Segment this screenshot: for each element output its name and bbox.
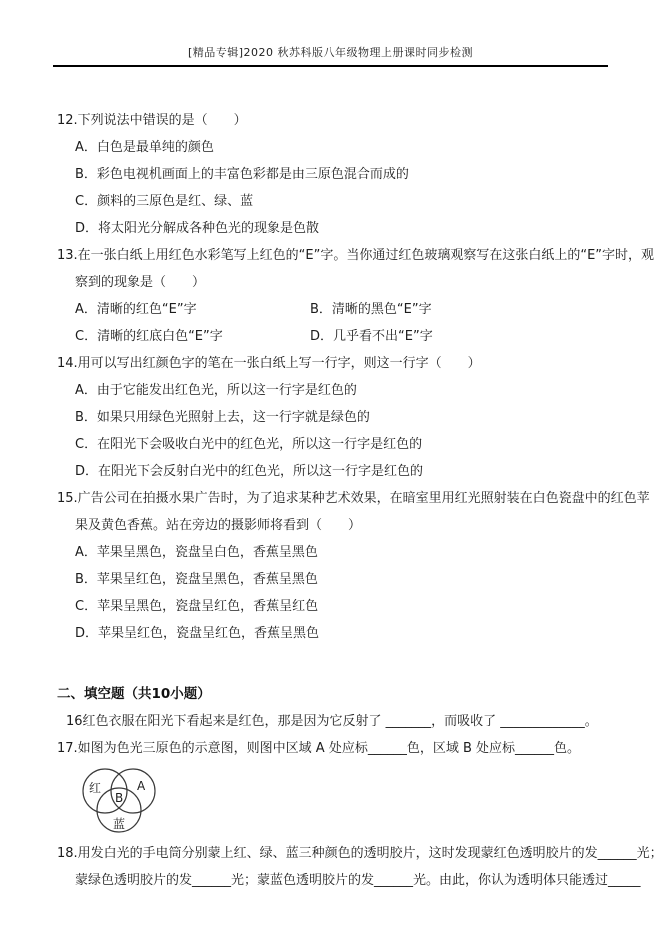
question-17-stem: 17.如图为色光三原色的示意图，则图中区域 A 处应标______色，区域 B … <box>57 735 621 762</box>
question-12-option-a: A．白色是最单纯的颜色 <box>57 134 621 161</box>
question-15-option-a: A．苹果呈黑色，瓷盘呈白色，香蕉呈黑色 <box>57 539 621 566</box>
question-13-option-c: C．清晰的红底白色“E”字 <box>75 323 310 350</box>
question-12-option-b: B．彩色电视机画面上的丰富色彩都是由三原色混合而成的 <box>57 161 621 188</box>
question-13-option-d: D．几乎看不出“E”字 <box>310 323 433 350</box>
question-18: 18.用发白光的手电筒分别蒙上红、绿、蓝三种颜色的透明胶片，这时发现蒙红色透明胶… <box>57 840 621 894</box>
venn-label-a: A <box>137 779 146 793</box>
question-12-option-d: D．将太阳光分解成各种色光的现象是色散 <box>57 215 621 242</box>
question-15-option-d: D．苹果呈红色，瓷盘呈红色，香蕉呈黑色 <box>57 620 621 647</box>
question-15-stem-line1: 15.广告公司在拍摄水果广告时，为了追求某种艺术效果，在暗室里用红光照射装在白色… <box>57 485 621 512</box>
question-13-stem-line1: 13.在一张白纸上用红色水彩笔写上红色的“E”字。当你通过红色玻璃观察写在这张白… <box>57 242 621 269</box>
question-15-stem-line2: 果及黄色香蕉。站在旁边的摄影师将看到（ ） <box>57 512 621 539</box>
venn-label-blue: 蓝 <box>113 816 125 831</box>
header-divider <box>53 65 608 67</box>
question-12-option-c: C．颜料的三原色是红、绿、蓝 <box>57 188 621 215</box>
question-14: 14.用可以写出红颜色字的笔在一张白纸上写一行字，则这一行字（ ） A．由于它能… <box>57 350 621 485</box>
question-13-options-row1: A．清晰的红色“E”字 B．清晰的黑色“E”字 <box>57 296 621 323</box>
question-18-stem-line2: 蒙绿色透明胶片的发______光；蒙蓝色透明胶片的发______光。由此，你认为… <box>57 867 621 894</box>
question-13-option-b: B．清晰的黑色“E”字 <box>310 296 432 323</box>
question-14-option-d: D．在阳光下会反射白光中的红色光，所以这一行字是红色的 <box>57 458 621 485</box>
question-14-option-b: B．如果只用绿色光照射上去，这一行字就是绿色的 <box>57 404 621 431</box>
worksheet-page: [精品专辑]2020 秋苏科版八年级物理上册课时同步检测 12.下列说法中错误的… <box>0 0 661 936</box>
question-13-stem-line2: 察到的现象是（ ） <box>57 269 621 296</box>
question-14-option-a: A．由于它能发出红色光，所以这一行字是红色的 <box>57 377 621 404</box>
question-16-stem: 16红色衣服在阳光下看起来是红色，那是因为它反射了 _______，而吸收了 _… <box>57 708 621 735</box>
worksheet-content: 12.下列说法中错误的是（ ） A．白色是最单纯的颜色 B．彩色电视机画面上的丰… <box>57 107 621 894</box>
question-13: 13.在一张白纸上用红色水彩笔写上红色的“E”字。当你通过红色玻璃观察写在这张白… <box>57 242 621 350</box>
question-13-options-row2: C．清晰的红底白色“E”字 D．几乎看不出“E”字 <box>57 323 621 350</box>
page-header-title: [精品专辑]2020 秋苏科版八年级物理上册课时同步检测 <box>0 0 661 60</box>
venn-label-red: 红 <box>89 781 101 795</box>
question-14-stem: 14.用可以写出红颜色字的笔在一张白纸上写一行字，则这一行字（ ） <box>57 350 621 377</box>
question-15-option-c: C．苹果呈黑色，瓷盘呈红色，香蕉呈红色 <box>57 593 621 620</box>
question-13-option-a: A．清晰的红色“E”字 <box>75 296 310 323</box>
question-12: 12.下列说法中错误的是（ ） A．白色是最单纯的颜色 B．彩色电视机画面上的丰… <box>57 107 621 242</box>
question-15: 15.广告公司在拍摄水果广告时，为了追求某种艺术效果，在暗室里用红光照射装在白色… <box>57 485 621 647</box>
question-12-stem: 12.下列说法中错误的是（ ） <box>57 107 621 134</box>
question-14-option-c: C．在阳光下会吸收白光中的红色光，所以这一行字是红色的 <box>57 431 621 458</box>
color-venn-diagram: 红 A B 蓝 <box>75 766 171 838</box>
section-2-heading: 二、填空题（共10小题） <box>57 681 621 708</box>
question-18-stem-line1: 18.用发白光的手电筒分别蒙上红、绿、蓝三种颜色的透明胶片，这时发现蒙红色透明胶… <box>57 840 621 867</box>
venn-label-b: B <box>115 791 123 805</box>
question-15-option-b: B．苹果呈红色，瓷盘呈黑色，香蕉呈黑色 <box>57 566 621 593</box>
